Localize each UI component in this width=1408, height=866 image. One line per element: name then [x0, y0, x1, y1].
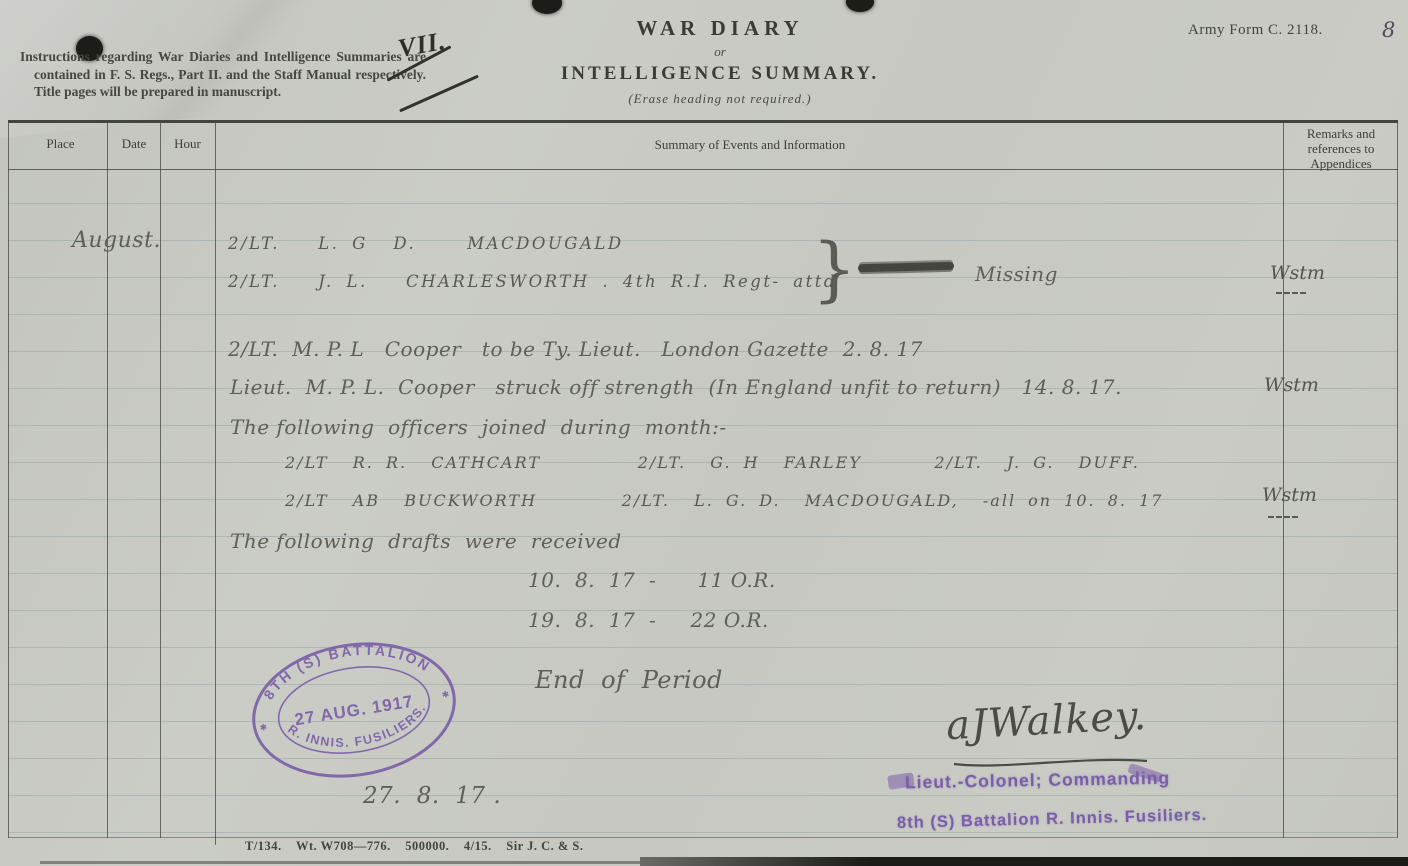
entry-line: 19. 8. 17 - 22 O.R. [528, 608, 769, 632]
header-date: Date [109, 136, 159, 152]
war-diary-page: Instructions regarding War Diaries and I… [0, 0, 1408, 866]
header-hour: Hour [160, 136, 215, 152]
form-title-block: WAR DIARY or INTELLIGENCE SUMMARY. (Eras… [480, 16, 960, 107]
remark-initials: Wstm [1270, 262, 1325, 284]
signoff-date: 27. 8. 17 . [363, 783, 501, 809]
volume-mark: VII. [396, 26, 449, 64]
table-top-border [8, 120, 1398, 123]
entry-end-of-period: End of Period [535, 666, 723, 694]
remark-dashes [1268, 516, 1298, 518]
table-column-divider [1283, 121, 1284, 838]
header-place: Place [18, 136, 103, 152]
entry-line: 2/LT AB BUCKWORTH 2/LT. L. G. D. MACDOUG… [285, 491, 1163, 510]
form-title-note: (Erase heading not required.) [480, 91, 960, 107]
signature-flourish [952, 752, 1152, 770]
army-form-number: Army Form C. 2118. [1188, 22, 1323, 39]
entry-line: 2/LT. M. P. L Cooper to be Ty. Lieut. Lo… [228, 337, 923, 361]
hole-punch-dot [532, 0, 562, 14]
page-number-handwritten: 8 [1382, 18, 1395, 42]
printer-imprint: T/134. Wt. W708—776. 500000. 4/15. Sir J… [245, 839, 584, 854]
table-bottom-border [8, 837, 1398, 838]
entry-line: The following drafts were received [230, 529, 622, 553]
remark-initials: Wstm [1264, 374, 1319, 396]
scan-edge-shadow [40, 861, 640, 864]
brace-mark: } [812, 228, 857, 310]
scan-edge-shadow [640, 857, 1408, 866]
entry-line: 2/LT R. R. CATHCART 2/LT. G. H FARLEY 2/… [285, 453, 1140, 472]
remark-initials: Wstm [1262, 484, 1317, 506]
form-subtitle: INTELLIGENCE SUMMARY. [480, 63, 960, 85]
table-right-border [1397, 121, 1398, 838]
header-remarks: Remarks and references to Appendices [1285, 126, 1397, 171]
entry-missing: Missing [975, 262, 1058, 286]
table-column-divider [215, 121, 216, 845]
remark-dashes [1276, 292, 1306, 294]
form-title: WAR DIARY [480, 16, 960, 41]
stamp-star-left: ✱ [259, 722, 268, 733]
entry-line: 10. 8. 17 - 11 O.R. [528, 568, 776, 592]
table-column-divider [8, 121, 9, 838]
form-instructions: Instructions regarding War Diaries and I… [18, 48, 426, 101]
stamp-star-right: ✱ [441, 689, 450, 700]
entry-line: 2/LT. J. L. CHARLESWORTH . 4th R.I. Regt… [228, 272, 837, 291]
entry-place: August. [72, 228, 161, 253]
entry-line: 2/LT. L. G D. MACDOUGALD [228, 234, 624, 253]
form-title-or: or [480, 44, 960, 60]
entry-line: Lieut. M. P. L. Cooper struck off streng… [230, 375, 1122, 399]
header-summary: Summary of Events and Information [500, 137, 1000, 153]
hole-punch-dot [846, 0, 874, 12]
entry-line: The following officers joined during mon… [230, 415, 727, 439]
